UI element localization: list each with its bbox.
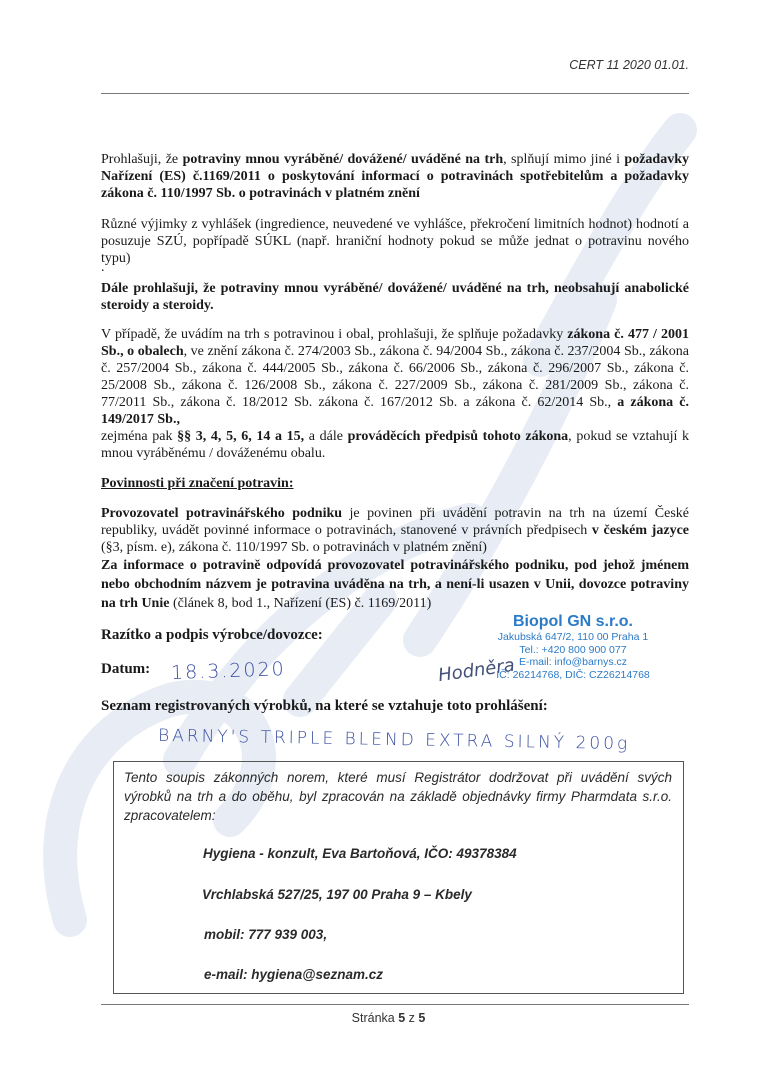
exceptions-paragraph: Různé výjimky z vyhlášek (ingredience, n…	[101, 216, 689, 267]
processor-intro: Tento soupis zákonných norem, které musí…	[124, 768, 672, 825]
declaration-steroids: Dále prohlašuji, že potraviny mnou vyráb…	[101, 280, 689, 314]
stamp-phone: Tel.: +420 800 900 077	[478, 644, 668, 657]
processor-company: Hygiena - konzult, Eva Bartoňová, IČO: 4…	[203, 846, 517, 861]
labeling-heading: Povinnosti při značení potravin:	[101, 475, 689, 492]
stamp-ids: IČ: 26214768, DIČ: CZ26214768	[478, 669, 668, 682]
header-divider	[101, 93, 689, 94]
page-number: Stránka 5 z 5	[0, 1011, 777, 1025]
stamp-address: Jakubská 647/2, 110 00 Praha 1	[478, 631, 668, 644]
processor-email: e-mail: hygiena@seznam.cz	[204, 967, 383, 982]
product-item: BARNY'S TRIPLE BLEND EXTRA SILNÝ 200g	[158, 726, 631, 754]
company-stamp: Biopol GN s.r.o. Jakubská 647/2, 110 00 …	[478, 613, 668, 681]
processor-info-box: Tento soupis zákonných norem, které musí…	[113, 761, 684, 994]
product-list-label: Seznam registrovaných výrobků, na které …	[101, 698, 689, 715]
stamp-company: Biopol GN s.r.o.	[478, 613, 668, 631]
stamp-email: E-mail: info@barnys.cz	[478, 656, 668, 669]
processor-mobile: mobil: 777 939 003,	[204, 927, 327, 942]
stray-dot: .	[101, 263, 689, 273]
footer-divider	[101, 1004, 689, 1005]
processor-address: Vrchlabská 527/25, 197 00 Praha 9 – Kbel…	[202, 887, 472, 902]
document-page: CERT 11 2020 01.01. Prohlašuji, že potra…	[0, 0, 777, 1089]
labeling-paragraph: Provozovatel potravinářského podniku je …	[101, 505, 689, 613]
date-handwritten: 18.3.2020	[171, 658, 286, 684]
document-code: CERT 11 2020 01.01.	[569, 58, 689, 72]
date-label: Datum:	[101, 661, 181, 678]
packaging-paragraph: V případě, že uvádím na trh s potravinou…	[101, 326, 689, 462]
declaration-requirements: Prohlašuji, že potraviny mnou vyráběné/ …	[101, 151, 689, 202]
